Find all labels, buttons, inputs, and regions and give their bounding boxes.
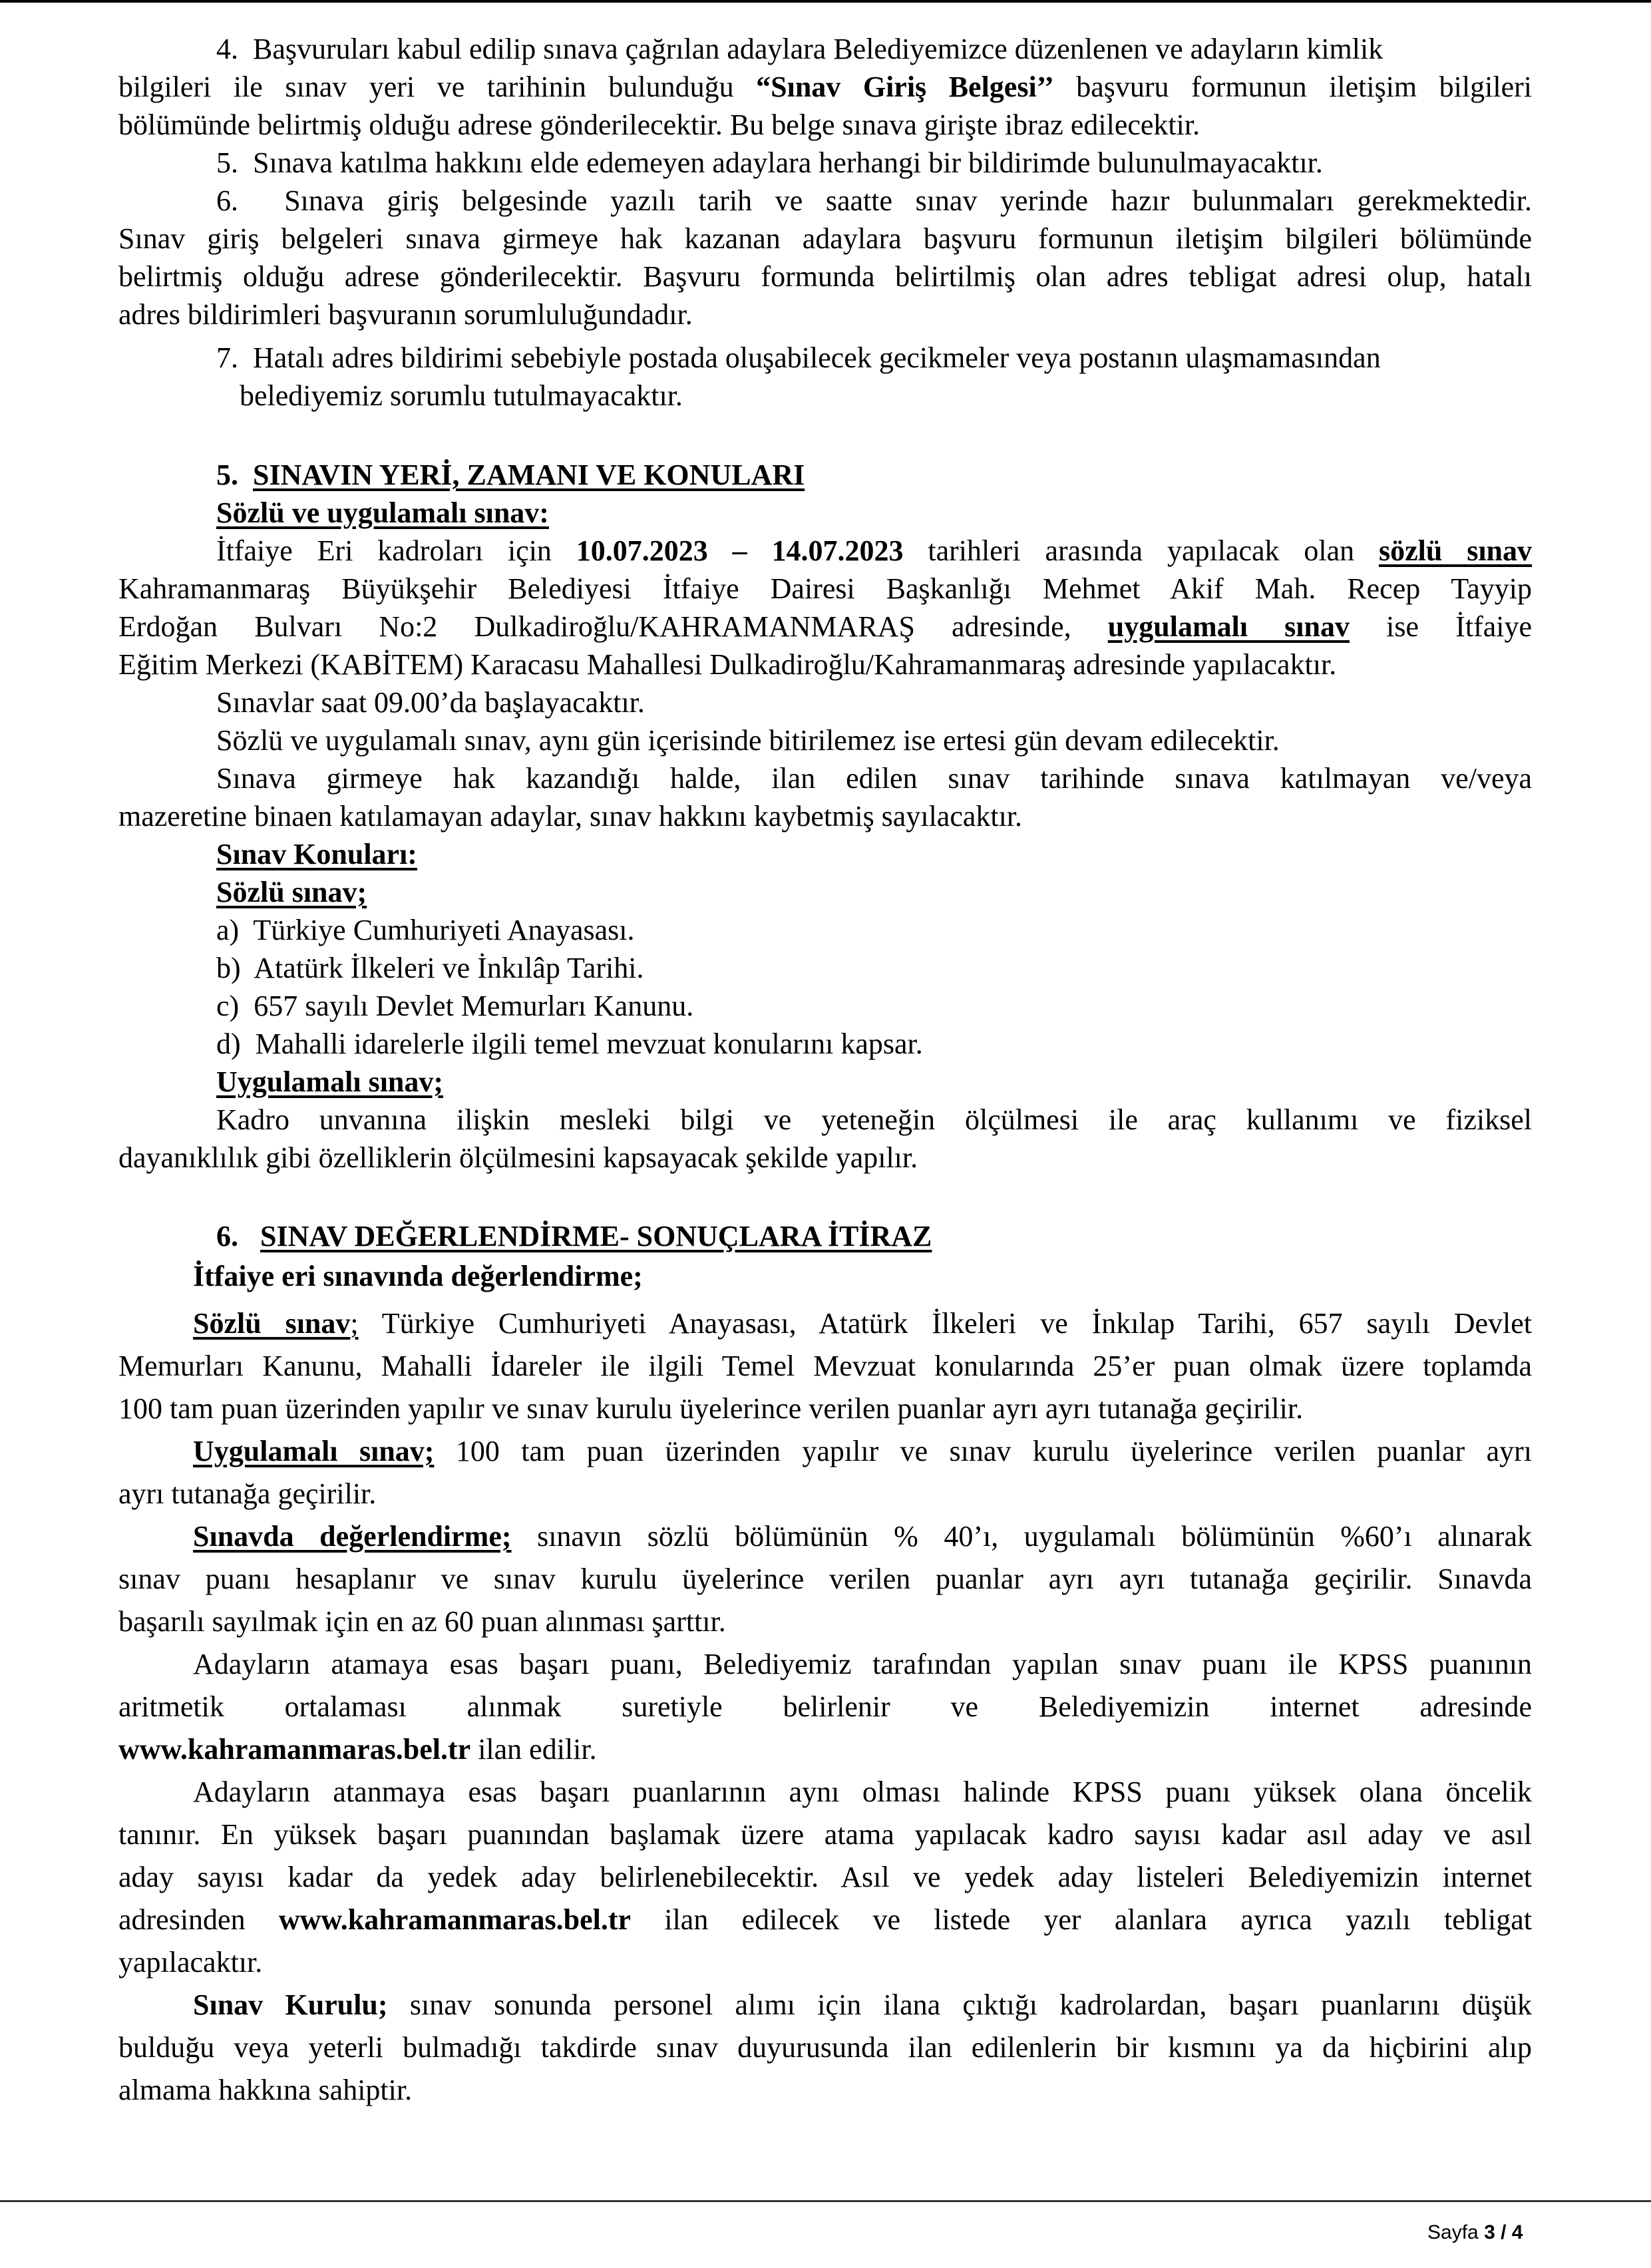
list-marker: a) [216, 914, 239, 946]
section-5-heading: 5. SINAVIN YERİ, ZAMANI VE KONULARI [216, 458, 1630, 492]
section-title: SINAV DEĞERLENDİRME- SONUÇLARA İTİRAZ [260, 1220, 932, 1252]
top-border [0, 0, 1651, 3]
list-marker: b) [216, 952, 241, 984]
list-item: c) 657 sayılı Devlet Memurları Kanunu. [216, 989, 1630, 1024]
footer-rule [0, 2200, 1651, 2202]
entry-document-name: “Sınav Giriş Belgesi’’ [756, 71, 1054, 103]
section-subtitle: İtfaiye eri sınavında değerlendirme; [193, 1259, 1606, 1294]
oral-heading: Sözlü sınav; [216, 875, 1630, 910]
website-link[interactable]: www.kahramanmaras.bel.tr [279, 1903, 631, 1936]
list-marker: c) [216, 990, 239, 1022]
section-title: SINAVIN YERİ, ZAMANI VE KONULARI [253, 459, 805, 491]
item-5: 5. Sınava katılma hakkını elde edemeyen … [216, 146, 1630, 180]
section-6-heading: 6. SINAV DEĞERLENDİRME- SONUÇLARA İTİRAZ [216, 1219, 1630, 1254]
list-text: Mahalli idarelerle ilgili temel mevzuat … [256, 1028, 923, 1060]
section-subtitle: Sözlü ve uygulamalı sınav: [216, 496, 549, 530]
list-marker: d) [216, 1028, 241, 1060]
page-number: Sayfa 3 / 4 [1427, 2219, 1523, 2246]
list-text: Türkiye Cumhuriyeti Anayasası. [253, 914, 634, 946]
list-item: a) Türkiye Cumhuriyeti Anayasası. [216, 913, 1630, 948]
list-text: 657 sayılı Devlet Memurları Kanunu. [254, 990, 693, 1022]
exam-dates: 10.07.2023 – 14.07.2023 [576, 534, 904, 567]
list-text: Atatürk İlkeleri ve İnkılâp Tarihi. [254, 952, 643, 984]
website-link[interactable]: www.kahramanmaras.bel.tr [118, 1733, 470, 1766]
list-item: b) Atatürk İlkeleri ve İnkılâp Tarihi. [216, 951, 1630, 986]
topics-heading: Sınav Konuları: [216, 837, 1630, 872]
item-number: 4. [216, 33, 238, 65]
list-item: d) Mahalli idarelerle ilgili temel mevzu… [216, 1027, 1630, 1061]
practical-heading: Uygulamalı sınav; [216, 1065, 1630, 1099]
item-text: Başvuruları kabul edilip sınava çağrılan… [253, 33, 1383, 65]
